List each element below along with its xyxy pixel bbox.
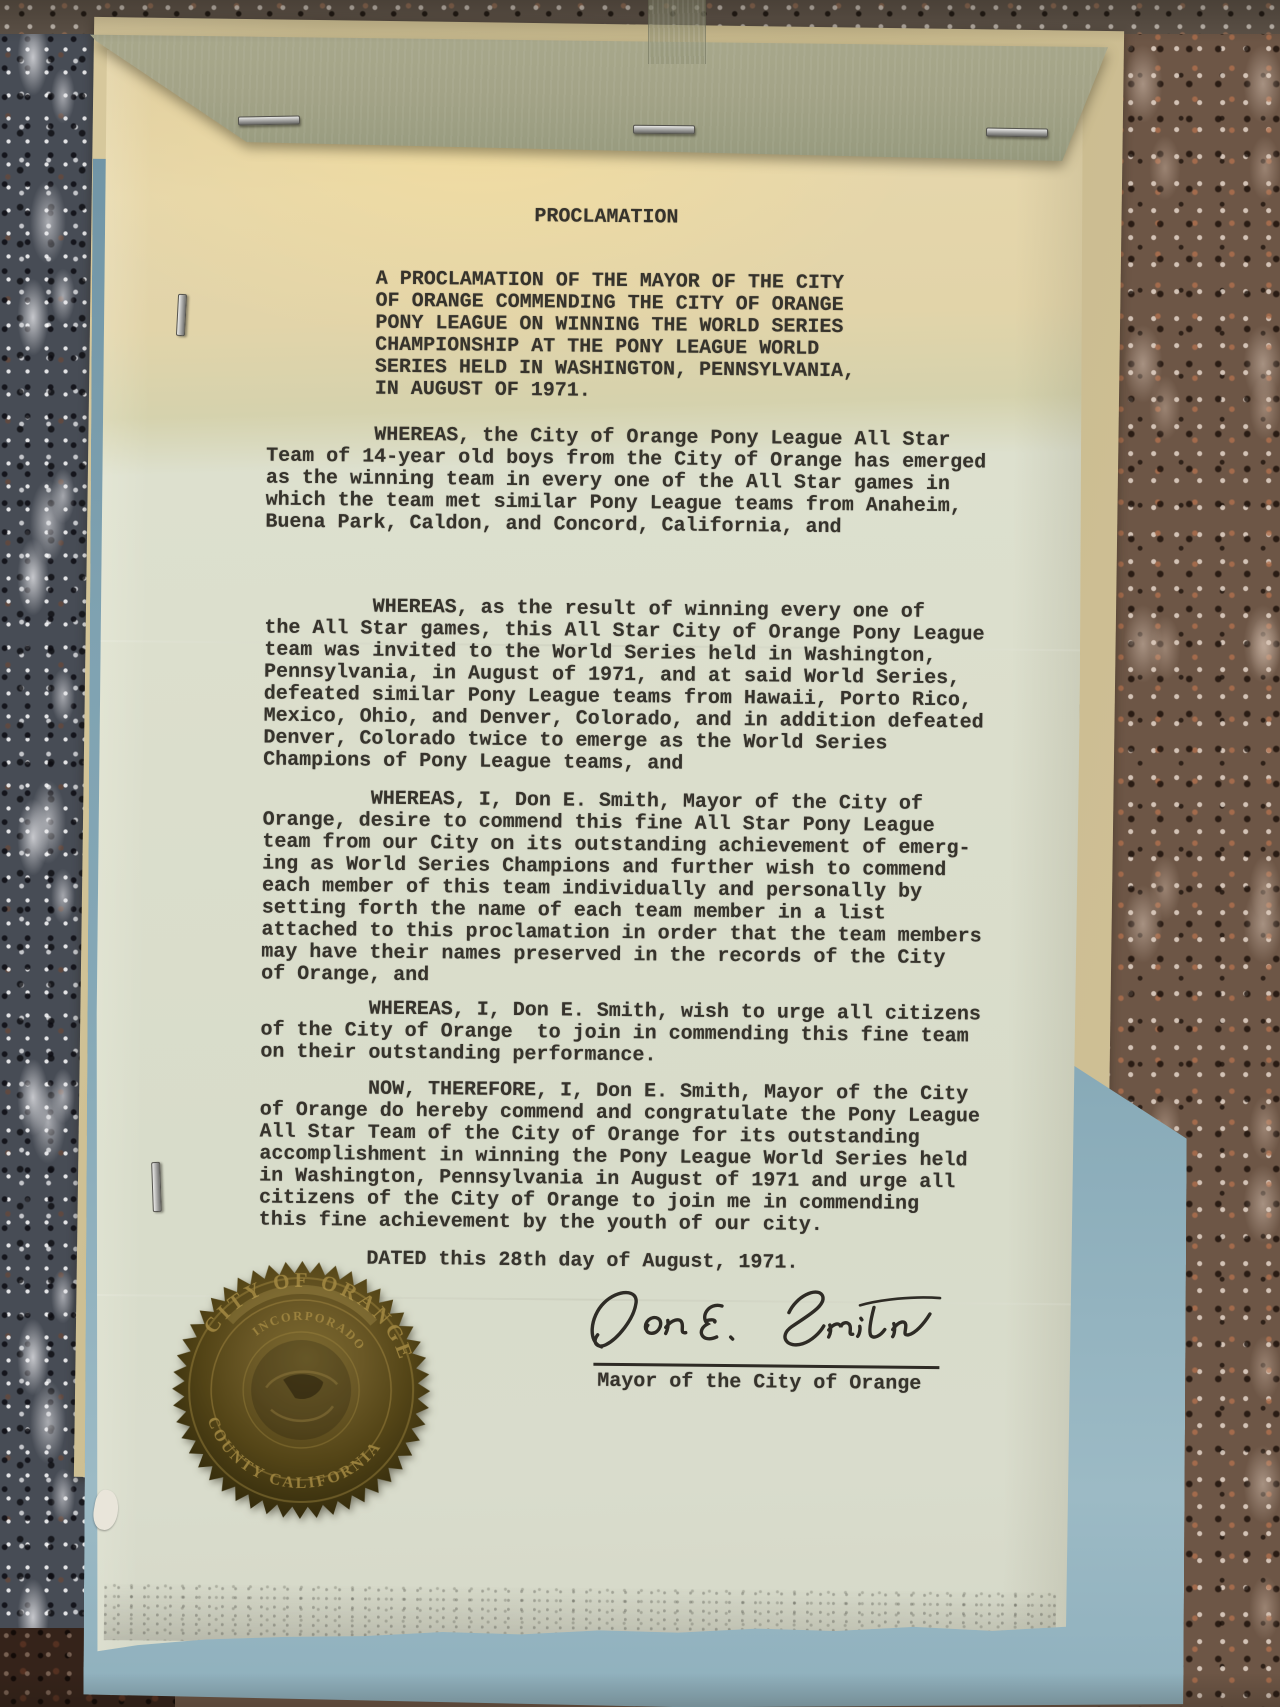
- staple-flap-center: [633, 125, 695, 135]
- staple-flap-right: [986, 127, 1048, 137]
- tape-strip: [648, 0, 706, 64]
- gold-notary-seal: CITY OF ORANGE COUNTY CALIFORNIA INCORPO…: [170, 1259, 432, 1521]
- paragraph-whereas-1: WHEREAS, the City of Orange Pony League …: [265, 424, 986, 541]
- paragraph-whereas-2: WHEREAS, as the result of winning every …: [263, 596, 985, 779]
- proclamation-paper: PROCLAMATION A PROCLAMATION OF THE MAYOR…: [89, 50, 1086, 1665]
- staple-flap-left: [238, 115, 300, 125]
- paragraph-whereas-4: WHEREAS, I, Don E. Smith, wish to urge a…: [260, 998, 981, 1071]
- paragraph-whereas-3: WHEREAS, I, Don E. Smith, Mayor of the C…: [261, 788, 983, 993]
- signature-title-line: Mayor of the City of Orange: [597, 1371, 921, 1396]
- envelope-flap-face: [90, 22, 1108, 180]
- signature-script: [583, 1273, 956, 1373]
- document-heading: A PROCLAMATION OF THE MAYOR OF THE CITY …: [375, 269, 856, 406]
- document-title: PROCLAMATION: [534, 206, 678, 229]
- staple-left-bottom: [151, 1162, 162, 1212]
- paragraph-now-therefore: NOW, THEREFORE, I, Don E. Smith, Mayor o…: [259, 1078, 981, 1239]
- envelope-flap: [90, 22, 1108, 180]
- photo-of-proclamation: { "document": { "title": "PROCLAMATION",…: [0, 0, 1280, 1707]
